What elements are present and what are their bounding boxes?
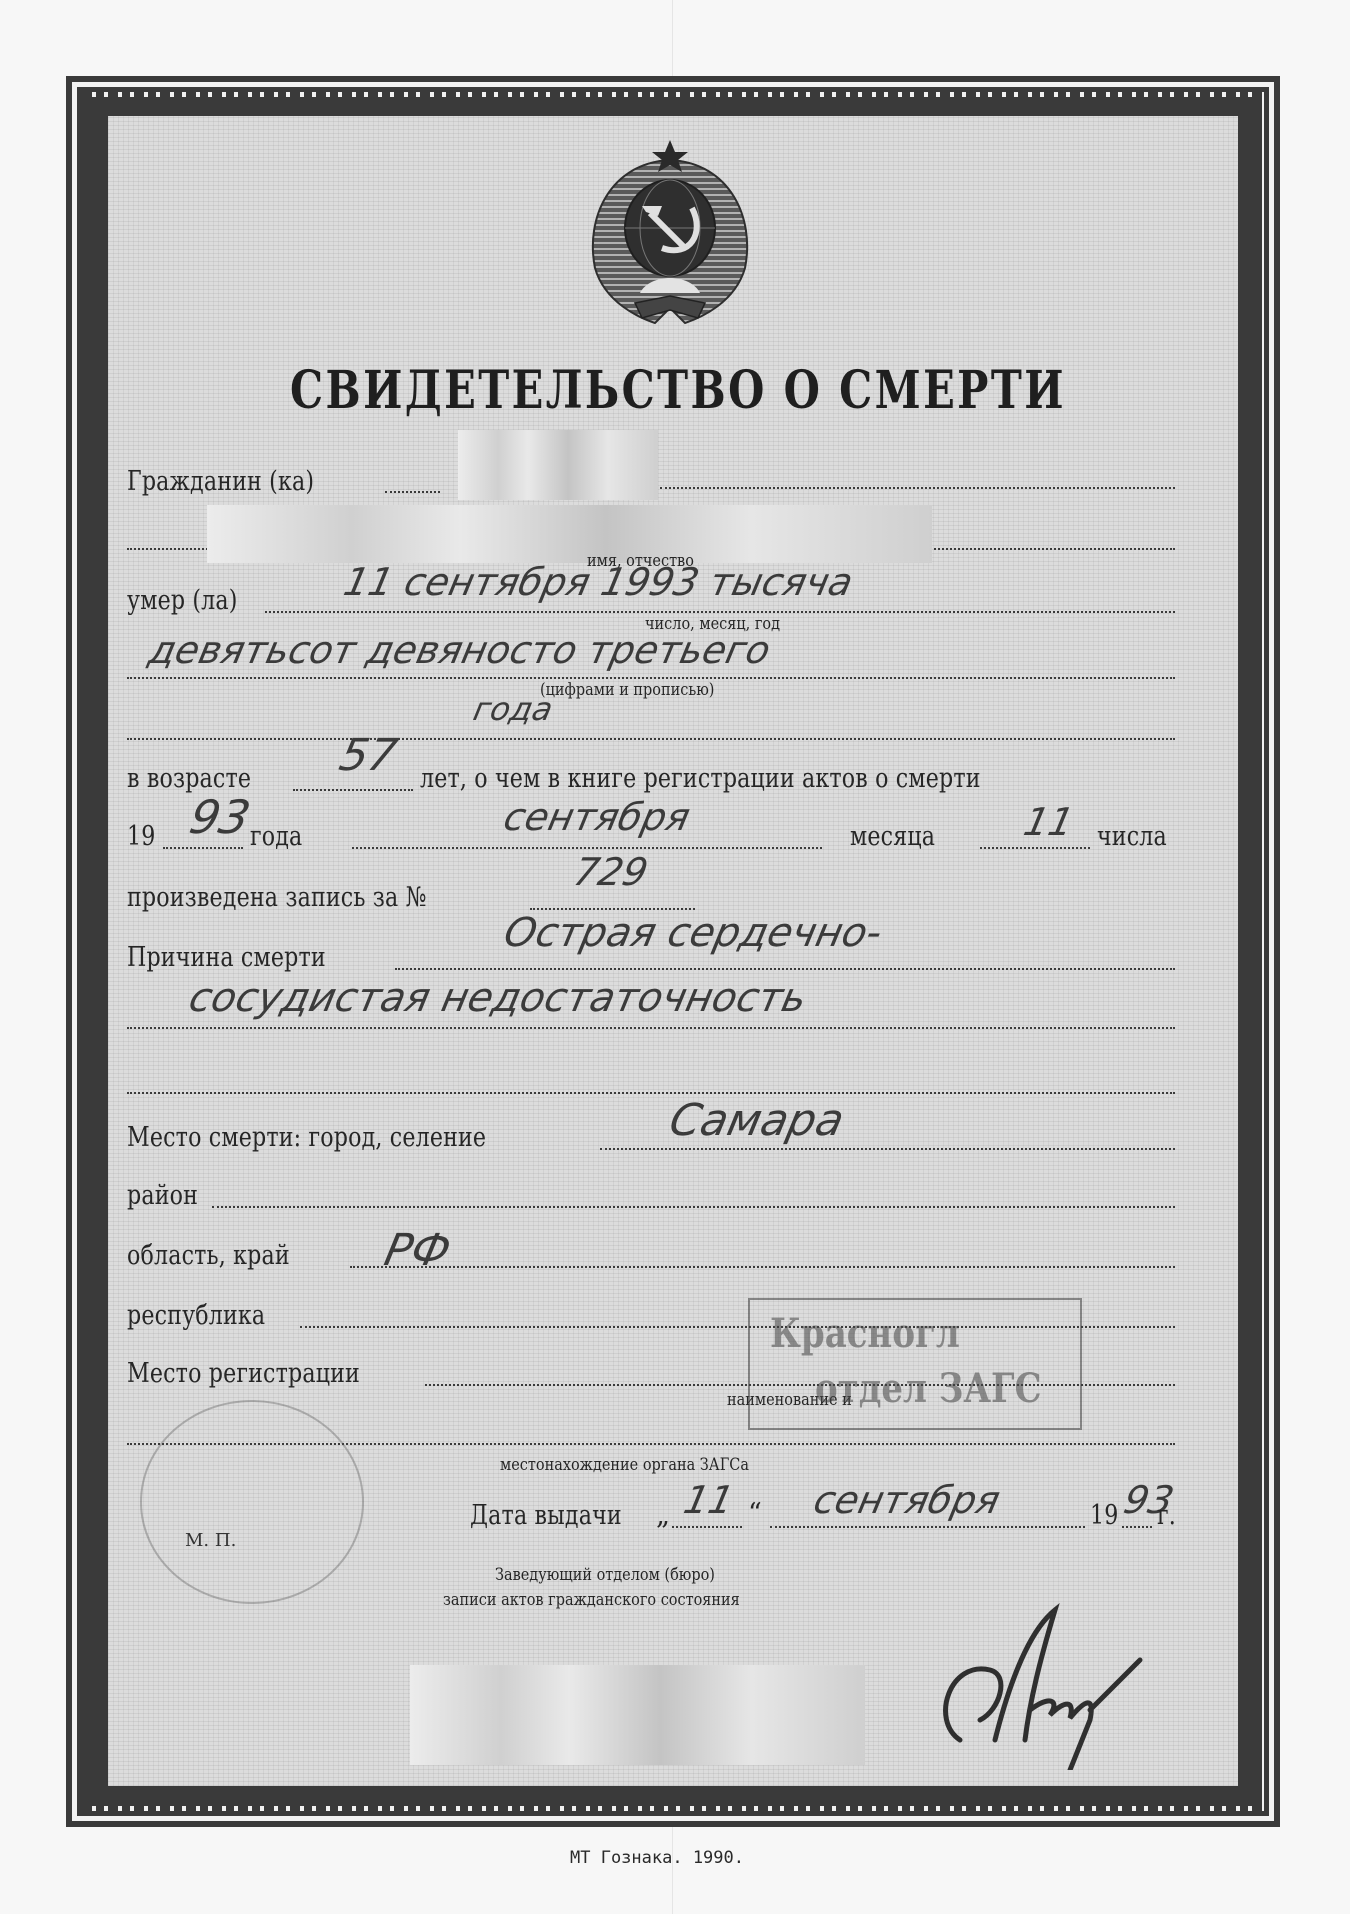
day-handwritten: 11: [1020, 800, 1078, 844]
digits-caption: (цифрами и прописью): [540, 680, 714, 700]
registry-caption-2: местонахождение органа ЗАГСа: [500, 1455, 749, 1475]
printer-imprint: МТ Гознака. 1990.: [570, 1848, 744, 1868]
head-title-1: Заведующий отделом (бюро): [495, 1565, 715, 1585]
died-date-handwritten-3: года: [470, 690, 556, 728]
died-date-handwritten-2: девятьсот девяносто третьего: [145, 628, 774, 672]
seal-label: М. П.: [185, 1530, 236, 1551]
year-handwritten: 93: [185, 790, 255, 844]
redacted-surname: [458, 430, 658, 500]
stamp-line-2: отдел ЗАГС: [815, 1365, 1042, 1412]
age-handwritten: 57: [335, 730, 402, 781]
record-number-handwritten: 729: [570, 850, 652, 894]
issue-day-handwritten: 11: [680, 1478, 738, 1522]
head-title-2: записи актов гражданского состояния: [443, 1590, 740, 1610]
cause-label: Причина смерти: [127, 942, 326, 973]
round-seal: [140, 1400, 364, 1604]
year-prefix: 19: [127, 821, 156, 852]
redacted-head-name: [410, 1665, 865, 1765]
document-title: СВИДЕТЕЛЬСТВО О СМЕРТИ: [290, 360, 1066, 421]
issue-open-quote: „: [656, 1500, 670, 1531]
redacted-name-patronymic: [207, 505, 932, 563]
citizen-label: Гражданин (ка): [127, 466, 314, 497]
issue-year-prefix: 19: [1090, 1500, 1119, 1531]
cause-handwritten-1: Острая сердечно-: [500, 910, 886, 956]
stamp-line-1: Красногл: [770, 1310, 960, 1357]
issue-label: Дата выдачи: [470, 1500, 622, 1531]
issue-close-quote: “: [748, 1498, 762, 1529]
died-label: умер (ла): [127, 585, 238, 616]
month-handwritten: сентября: [500, 795, 694, 839]
ussr-coat-of-arms-icon: [580, 138, 760, 333]
age-suffix: лет, о чем в книге регистрации актов о с…: [420, 763, 981, 794]
day-label: числа: [1097, 821, 1167, 852]
region-label: область, край: [127, 1240, 290, 1271]
signature: [920, 1600, 1160, 1770]
district-label: район: [127, 1180, 198, 1211]
cause-handwritten-2: сосудистая недостаточность: [185, 975, 811, 1021]
year-suffix: года: [250, 821, 302, 852]
issue-month-handwritten: сентября: [810, 1478, 1004, 1522]
month-label: месяца: [850, 821, 935, 852]
registration-label: Место регистрации: [127, 1358, 360, 1389]
died-date-handwritten-1: 11 сентября 1993 тысяча: [340, 560, 857, 604]
issue-year-suffix: г.: [1157, 1500, 1176, 1531]
record-label: произведена запись за №: [127, 882, 427, 913]
republic-handwritten: РФ: [380, 1225, 455, 1276]
place-handwritten: Самара: [665, 1095, 849, 1146]
republic-label: республика: [127, 1300, 265, 1331]
place-label: Место смерти: город, селение: [127, 1122, 486, 1153]
